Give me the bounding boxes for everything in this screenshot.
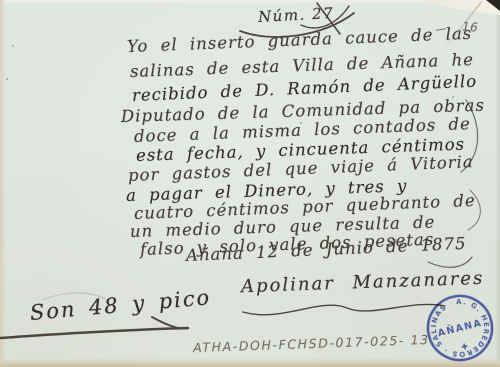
stamp-center-text: AÑANA <box>437 318 484 340</box>
paper-speck <box>12 45 14 47</box>
archive-reference-code: ATHA-DOH-FCHSD-017-025- 13 <box>193 332 430 355</box>
paper-speck <box>6 78 8 80</box>
document-number: Núm. 27 <box>258 4 335 26</box>
stamp-cross-icon: ✚ <box>460 342 469 352</box>
archive-stamp: A. G. HEREDEROS · SALINAS AÑANA ✚ <box>416 284 500 367</box>
manuscript-page: Núm. 27 16 Yo el inserto guarda cauce de… <box>0 0 500 367</box>
torn-corner-patch <box>422 0 500 20</box>
amount-note: Son 48 y pico <box>29 285 212 325</box>
